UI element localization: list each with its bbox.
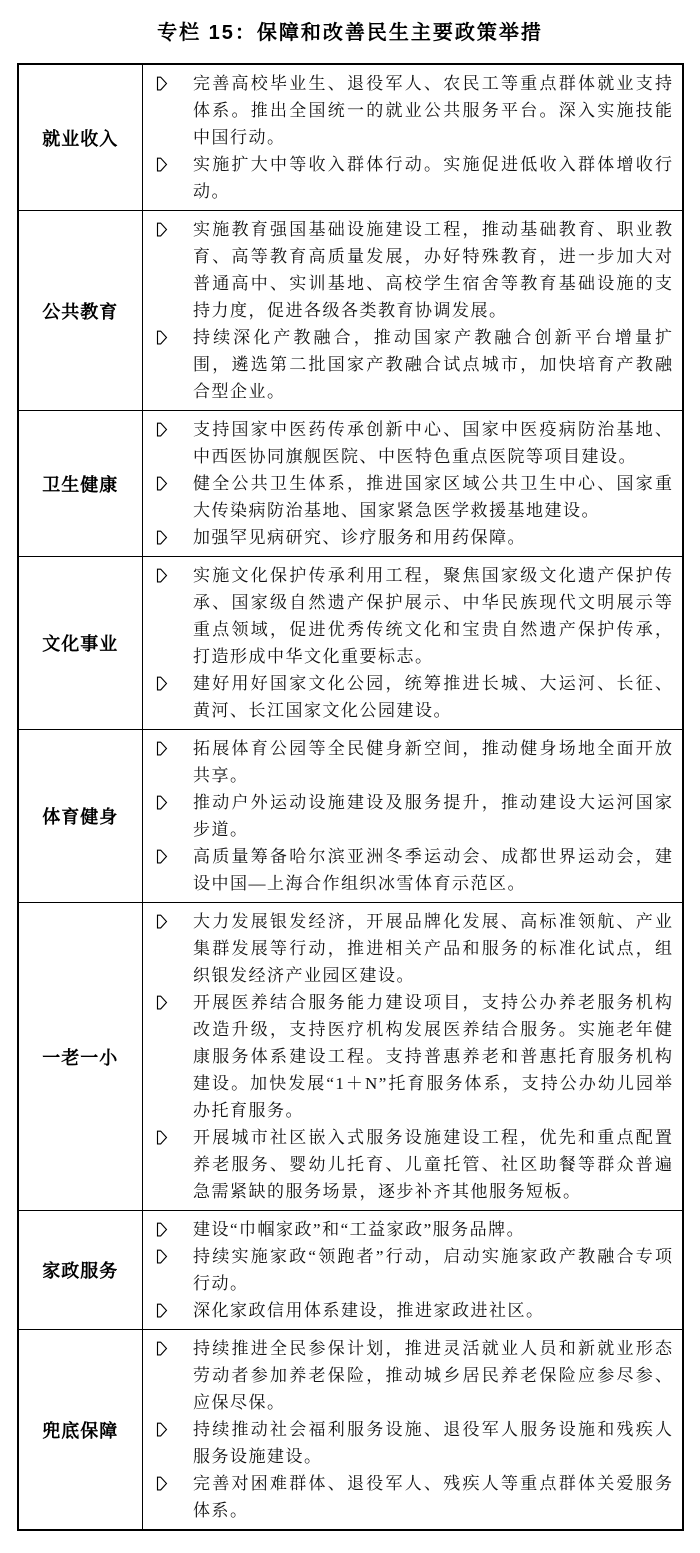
- category-label: 家政服务: [42, 1261, 118, 1281]
- table-row: 文化事业 实施文化保护传承利用工程，聚焦国家级文化遗产保护传承、国家级自然遗产保…: [18, 557, 683, 730]
- policy-item-text: 完善对困难群体、退役军人、残疾人等重点群体关爱服务体系。: [193, 1470, 674, 1524]
- right-white-arrow-icon: [156, 849, 168, 864]
- list-item: 持续深化产教融合，推动国家产教融合创新平台增量扩围，遴选第二批国家产教融合试点城…: [143, 324, 674, 405]
- policy-item-text: 开展医养结合服务能力建设项目，支持公办养老服务机构改造升级，支持医疗机构发展医养…: [193, 989, 674, 1124]
- right-white-arrow-icon: [156, 1222, 168, 1237]
- right-white-arrow-icon: [156, 222, 168, 237]
- content-cell: 建设“巾帼家政”和“工益家政”服务品牌。 持续实施家政“领跑者”行动，启动实施家…: [143, 1211, 683, 1330]
- list-item: 支持国家中医药传承创新中心、国家中医疫病防治基地、中西医协同旗舰医院、中医特色重…: [143, 416, 674, 470]
- list-item: 开展城市社区嵌入式服务设施建设工程，优先和重点配置养老服务、婴幼儿托育、儿童托管…: [143, 1124, 674, 1205]
- right-white-arrow-icon: [156, 995, 168, 1010]
- policy-item-list: 实施教育强国基础设施建设工程，推动基础教育、职业教育、高等教育高质量发展，办好特…: [143, 216, 674, 405]
- category-cell: 家政服务: [18, 1211, 143, 1330]
- policy-item-text: 加强罕见病研究、诊疗服务和用药保障。: [193, 524, 674, 551]
- policy-item-list: 持续推进全民参保计划，推进灵活就业人员和新就业形态劳动者参加养老保险，推动城乡居…: [143, 1335, 674, 1524]
- right-white-arrow-icon: [156, 1422, 168, 1437]
- bullet-box: [143, 789, 193, 810]
- policy-item-text: 实施教育强国基础设施建设工程，推动基础教育、职业教育、高等教育高质量发展，办好特…: [193, 216, 674, 324]
- policy-item-text: 持续推动社会福利服务设施、退役军人服务设施和残疾人服务设施建设。: [193, 1416, 674, 1470]
- bullet-box: [143, 1335, 193, 1356]
- bullet-box: [143, 1416, 193, 1437]
- policy-item-text: 开展城市社区嵌入式服务设施建设工程，优先和重点配置养老服务、婴幼儿托育、儿童托管…: [193, 1124, 674, 1205]
- list-item: 持续推动社会福利服务设施、退役军人服务设施和残疾人服务设施建设。: [143, 1416, 674, 1470]
- policy-item-text: 实施扩大中等收入群体行动。实施促进低收入群体增收行动。: [193, 151, 674, 205]
- policy-item-text: 支持国家中医药传承创新中心、国家中医疫病防治基地、中西医协同旗舰医院、中医特色重…: [193, 416, 674, 470]
- category-cell: 卫生健康: [18, 411, 143, 557]
- category-label: 兜底保障: [42, 1421, 118, 1441]
- content-cell: 支持国家中医药传承创新中心、国家中医疫病防治基地、中西医协同旗舰医院、中医特色重…: [143, 411, 683, 557]
- category-cell: 兜底保障: [18, 1330, 143, 1531]
- list-item: 完善对困难群体、退役军人、残疾人等重点群体关爱服务体系。: [143, 1470, 674, 1524]
- right-white-arrow-icon: [156, 914, 168, 929]
- bullet-box: [143, 1124, 193, 1145]
- policy-item-text: 完善高校毕业生、退役军人、农民工等重点群体就业支持体系。推出全国统一的就业公共服…: [193, 70, 674, 151]
- policy-item-text: 深化家政信用体系建设，推进家政进社区。: [193, 1297, 674, 1324]
- list-item: 持续实施家政“领跑者”行动，启动实施家政产教融合专项行动。: [143, 1243, 674, 1297]
- right-white-arrow-icon: [156, 330, 168, 345]
- category-cell: 一老一小: [18, 903, 143, 1211]
- bullet-box: [143, 151, 193, 172]
- table-row: 体育健身 拓展体育公园等全民健身新空间，推动健身场地全面开放共享。 推动户外运动…: [18, 730, 683, 903]
- right-white-arrow-icon: [156, 1341, 168, 1356]
- list-item: 深化家政信用体系建设，推进家政进社区。: [143, 1297, 674, 1324]
- bullet-box: [143, 416, 193, 437]
- table-row: 卫生健康 支持国家中医药传承创新中心、国家中医疫病防治基地、中西医协同旗舰医院、…: [18, 411, 683, 557]
- right-white-arrow-icon: [156, 568, 168, 583]
- right-white-arrow-icon: [156, 676, 168, 691]
- list-item: 拓展体育公园等全民健身新空间，推动健身场地全面开放共享。: [143, 735, 674, 789]
- category-cell: 公共教育: [18, 211, 143, 411]
- list-item: 建设“巾帼家政”和“工益家政”服务品牌。: [143, 1216, 674, 1243]
- bullet-box: [143, 989, 193, 1010]
- bullet-box: [143, 670, 193, 691]
- table-row: 公共教育 实施教育强国基础设施建设工程，推动基础教育、职业教育、高等教育高质量发…: [18, 211, 683, 411]
- policy-item-list: 大力发展银发经济，开展品牌化发展、高标准领航、产业集群发展等行动，推进相关产品和…: [143, 908, 674, 1205]
- policy-item-list: 建设“巾帼家政”和“工益家政”服务品牌。 持续实施家政“领跑者”行动，启动实施家…: [143, 1216, 674, 1324]
- bullet-box: [143, 843, 193, 864]
- list-item: 推动户外运动设施建设及服务提升，推动建设大运河国家步道。: [143, 789, 674, 843]
- right-white-arrow-icon: [156, 157, 168, 172]
- category-label: 文化事业: [42, 634, 118, 654]
- content-cell: 实施教育强国基础设施建设工程，推动基础教育、职业教育、高等教育高质量发展，办好特…: [143, 211, 683, 411]
- list-item: 建好用好国家文化公园，统筹推进长城、大运河、长征、黄河、长江国家文化公园建设。: [143, 670, 674, 724]
- bullet-box: [143, 216, 193, 237]
- content-cell: 实施文化保护传承利用工程，聚焦国家级文化遗产保护传承、国家级自然遗产保护展示、中…: [143, 557, 683, 730]
- policy-item-text: 建设“巾帼家政”和“工益家政”服务品牌。: [193, 1216, 674, 1243]
- policy-item-list: 完善高校毕业生、退役军人、农民工等重点群体就业支持体系。推出全国统一的就业公共服…: [143, 70, 674, 205]
- category-cell: 文化事业: [18, 557, 143, 730]
- policy-item-text: 推动户外运动设施建设及服务提升，推动建设大运河国家步道。: [193, 789, 674, 843]
- content-cell: 持续推进全民参保计划，推进灵活就业人员和新就业形态劳动者参加养老保险，推动城乡居…: [143, 1330, 683, 1531]
- bullet-box: [143, 908, 193, 929]
- category-label: 体育健身: [42, 807, 118, 827]
- table-row: 就业收入 完善高校毕业生、退役军人、农民工等重点群体就业支持体系。推出全国统一的…: [18, 64, 683, 211]
- table-row: 兜底保障 持续推进全民参保计划，推进灵活就业人员和新就业形态劳动者参加养老保险，…: [18, 1330, 683, 1531]
- right-white-arrow-icon: [156, 530, 168, 545]
- bullet-box: [143, 324, 193, 345]
- list-item: 持续推进全民参保计划，推进灵活就业人员和新就业形态劳动者参加养老保险，推动城乡居…: [143, 1335, 674, 1416]
- bullet-box: [143, 524, 193, 545]
- right-white-arrow-icon: [156, 795, 168, 810]
- policy-item-text: 大力发展银发经济，开展品牌化发展、高标准领航、产业集群发展等行动，推进相关产品和…: [193, 908, 674, 989]
- list-item: 大力发展银发经济，开展品牌化发展、高标准领航、产业集群发展等行动，推进相关产品和…: [143, 908, 674, 989]
- policy-table-body: 就业收入 完善高校毕业生、退役军人、农民工等重点群体就业支持体系。推出全国统一的…: [18, 64, 683, 1530]
- bullet-box: [143, 735, 193, 756]
- bullet-box: [143, 70, 193, 91]
- category-label: 公共教育: [42, 302, 118, 322]
- right-white-arrow-icon: [156, 476, 168, 491]
- list-item: 实施教育强国基础设施建设工程，推动基础教育、职业教育、高等教育高质量发展，办好特…: [143, 216, 674, 324]
- right-white-arrow-icon: [156, 76, 168, 91]
- table-row: 一老一小 大力发展银发经济，开展品牌化发展、高标准领航、产业集群发展等行动，推进…: [18, 903, 683, 1211]
- right-white-arrow-icon: [156, 1476, 168, 1491]
- list-item: 开展医养结合服务能力建设项目，支持公办养老服务机构改造升级，支持医疗机构发展医养…: [143, 989, 674, 1124]
- content-cell: 完善高校毕业生、退役军人、农民工等重点群体就业支持体系。推出全国统一的就业公共服…: [143, 64, 683, 211]
- bullet-box: [143, 1297, 193, 1318]
- category-cell: 体育健身: [18, 730, 143, 903]
- right-white-arrow-icon: [156, 1249, 168, 1264]
- category-label: 一老一小: [42, 1048, 118, 1068]
- content-cell: 拓展体育公园等全民健身新空间，推动健身场地全面开放共享。 推动户外运动设施建设及…: [143, 730, 683, 903]
- document-page: 专栏 15：保障和改善民生主要政策举措 就业收入 完善高校毕业生、退役军人、农民…: [0, 0, 700, 1531]
- policy-item-text: 持续实施家政“领跑者”行动，启动实施家政产教融合专项行动。: [193, 1243, 674, 1297]
- right-white-arrow-icon: [156, 1130, 168, 1145]
- bullet-box: [143, 1243, 193, 1264]
- list-item: 健全公共卫生体系，推进国家区域公共卫生中心、国家重大传染病防治基地、国家紧急医学…: [143, 470, 674, 524]
- right-white-arrow-icon: [156, 741, 168, 756]
- policy-item-text: 高质量筹备哈尔滨亚洲冬季运动会、成都世界运动会，建设中国—上海合作组织冰雪体育示…: [193, 843, 674, 897]
- right-white-arrow-icon: [156, 1303, 168, 1318]
- category-label: 就业收入: [42, 129, 118, 149]
- policy-item-text: 持续深化产教融合，推动国家产教融合创新平台增量扩围，遴选第二批国家产教融合试点城…: [193, 324, 674, 405]
- list-item: 实施扩大中等收入群体行动。实施促进低收入群体增收行动。: [143, 151, 674, 205]
- list-item: 完善高校毕业生、退役军人、农民工等重点群体就业支持体系。推出全国统一的就业公共服…: [143, 70, 674, 151]
- list-item: 高质量筹备哈尔滨亚洲冬季运动会、成都世界运动会，建设中国—上海合作组织冰雪体育示…: [143, 843, 674, 897]
- category-label: 卫生健康: [42, 475, 118, 495]
- policy-item-text: 实施文化保护传承利用工程，聚焦国家级文化遗产保护传承、国家级自然遗产保护展示、中…: [193, 562, 674, 670]
- table-row: 家政服务 建设“巾帼家政”和“工益家政”服务品牌。 持续实施家政“领跑者”行动，…: [18, 1211, 683, 1330]
- policy-item-list: 支持国家中医药传承创新中心、国家中医疫病防治基地、中西医协同旗舰医院、中医特色重…: [143, 416, 674, 551]
- bullet-box: [143, 562, 193, 583]
- content-cell: 大力发展银发经济，开展品牌化发展、高标准领航、产业集群发展等行动，推进相关产品和…: [143, 903, 683, 1211]
- bullet-box: [143, 1470, 193, 1491]
- bullet-box: [143, 470, 193, 491]
- policy-item-text: 健全公共卫生体系，推进国家区域公共卫生中心、国家重大传染病防治基地、国家紧急医学…: [193, 470, 674, 524]
- policy-item-text: 拓展体育公园等全民健身新空间，推动健身场地全面开放共享。: [193, 735, 674, 789]
- right-white-arrow-icon: [156, 422, 168, 437]
- policy-table: 就业收入 完善高校毕业生、退役军人、农民工等重点群体就业支持体系。推出全国统一的…: [17, 63, 684, 1531]
- page-title: 专栏 15：保障和改善民生主要政策举措: [0, 16, 700, 45]
- list-item: 加强罕见病研究、诊疗服务和用药保障。: [143, 524, 674, 551]
- policy-item-text: 建好用好国家文化公园，统筹推进长城、大运河、长征、黄河、长江国家文化公园建设。: [193, 670, 674, 724]
- policy-item-list: 拓展体育公园等全民健身新空间，推动健身场地全面开放共享。 推动户外运动设施建设及…: [143, 735, 674, 897]
- policy-item-list: 实施文化保护传承利用工程，聚焦国家级文化遗产保护传承、国家级自然遗产保护展示、中…: [143, 562, 674, 724]
- category-cell: 就业收入: [18, 64, 143, 211]
- policy-item-text: 持续推进全民参保计划，推进灵活就业人员和新就业形态劳动者参加养老保险，推动城乡居…: [193, 1335, 674, 1416]
- bullet-box: [143, 1216, 193, 1237]
- list-item: 实施文化保护传承利用工程，聚焦国家级文化遗产保护传承、国家级自然遗产保护展示、中…: [143, 562, 674, 670]
